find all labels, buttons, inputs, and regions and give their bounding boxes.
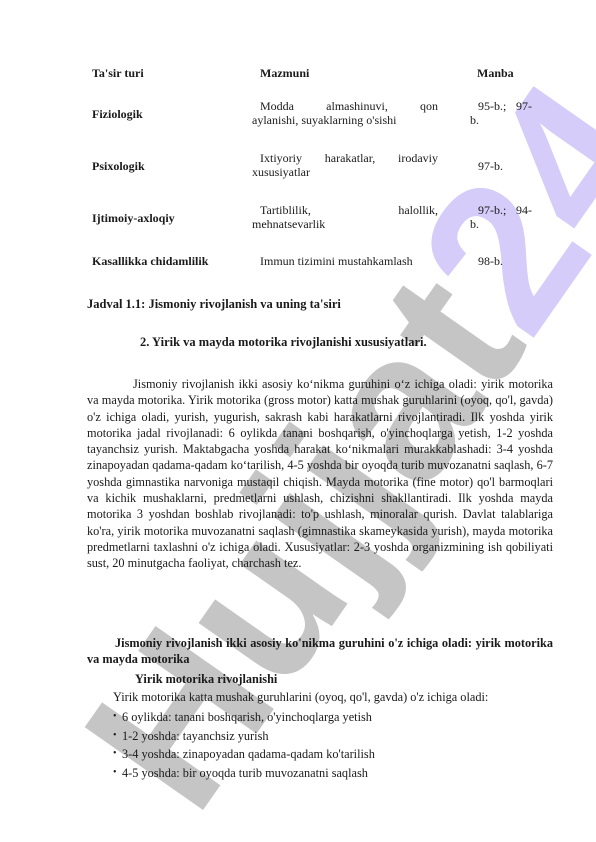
table-caption: Jadval 1.1: Jismoniy rivojlanish va unin…: [87, 297, 341, 312]
bold-paragraph: Jismoniy rivojlanish ikki asosiy ko'nikm…: [87, 635, 553, 668]
row-content: Modda almashinuvi, qon aylanishi, suyakl…: [252, 99, 438, 127]
list-item: 1-2 yoshda: tayanchsiz yurish: [113, 727, 375, 746]
row-source: 98-b.: [470, 254, 532, 268]
row-type: Kasallikka chidamlilik: [92, 254, 208, 268]
list-item: 3-4 yoshda: zinapoyadan qadama-qadam ko'…: [113, 745, 375, 764]
row-type: Ijtimoiy-axloqiy: [92, 211, 175, 225]
header-content: Mazmuni: [260, 66, 446, 80]
section-heading: 2. Yirik va mayda motorika rivojlanishi …: [140, 335, 427, 350]
bullet-list: 6 oylikda: tanani boshqarish, o'yinchoql…: [113, 708, 375, 782]
row-source: 97-b.: [470, 159, 532, 173]
intro-text: Yirik motorika katta mushak guruhlarini …: [113, 690, 488, 705]
header-source: Manba: [477, 66, 539, 80]
row-content: Tartiblilik, halollik, mehnatsevarlik: [252, 203, 438, 231]
row-type: Psixologik: [92, 159, 145, 173]
document-page: Hujjat24 Ta'sir turi Mazmuni Manba Fizio…: [0, 0, 596, 842]
body-paragraph: Jismoniy rivojlanish ikki asosiy ko‘nikm…: [87, 376, 553, 572]
row-content: Immun tizimini mustahkamlash: [252, 254, 438, 268]
row-source: 95-b.; 97- b.: [470, 99, 532, 127]
row-type: Fiziologik: [92, 107, 143, 121]
list-item: 6 oylikda: tanani boshqarish, o'yinchoql…: [113, 708, 375, 727]
row-content: Ixtiyoriy harakatlar, irodaviy xususiyat…: [252, 151, 438, 179]
list-item: 4-5 yoshda: bir oyoqda turib muvozanatni…: [113, 764, 375, 783]
subsection-heading: Yirik motorika rivojlanishi: [135, 672, 277, 687]
row-source: 97-b.; 94- b.: [470, 203, 532, 231]
header-type: Ta'sir turi: [92, 66, 144, 80]
